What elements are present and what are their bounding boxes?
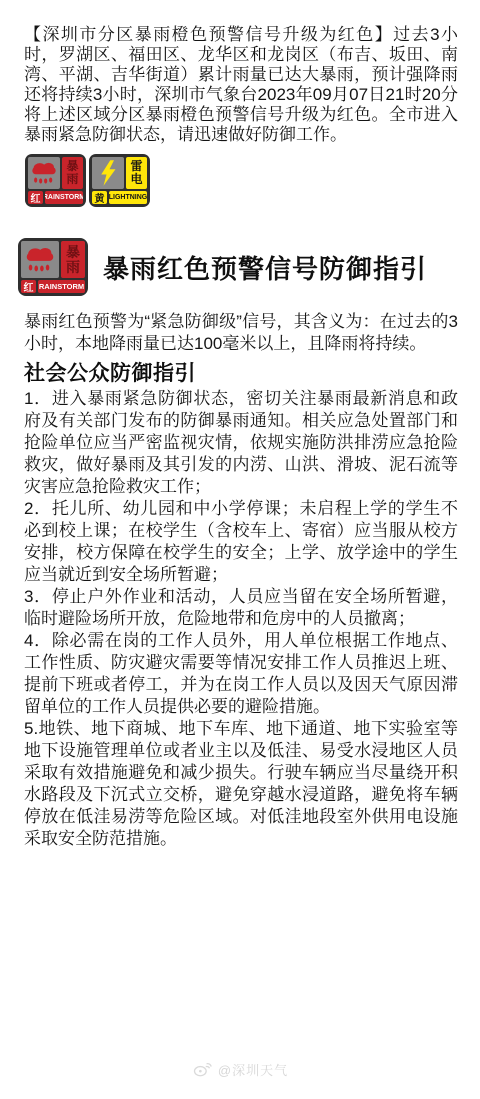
- rainstorm-badge-name-text: 暴雨: [66, 160, 79, 185]
- weather-alert-notice: 【深圳市分区暴雨橙色预警信号升级为红色】过去3小时，罗湖区、福田区、龙华区和龙岗…: [0, 0, 480, 1099]
- warning-badges-row: 暴雨 红 RAINSTORM 雷电 黄 LIGHT: [25, 154, 480, 207]
- guide-item-4: 4．除必需在岗的工作人员外，用人单位根据工作地点、工作性质、防灾避灾需要等情况安…: [24, 630, 458, 718]
- rainstorm-cloud-icon: [28, 157, 60, 189]
- lightning-badge-bottom: 黄 LIGHTNING: [92, 191, 147, 204]
- lightning-badge-top: 雷电: [92, 157, 147, 189]
- guide-title: 暴雨红色预警信号防御指引: [103, 249, 427, 286]
- guide-icon-bottom: 红 RAINSTORM: [21, 280, 85, 293]
- alert-summary-paragraph: 【深圳市分区暴雨橙色预警信号升级为红色】过去3小时，罗湖区、福田区、龙华区和龙岗…: [24, 25, 458, 145]
- guide-section-header: 暴雨 红 RAINSTORM 暴雨红色预警信号防御指引: [18, 238, 458, 296]
- rainstorm-badge-bottom: 红 RAINSTORM: [28, 191, 83, 204]
- weibo-watermark: @深圳天气: [0, 1060, 480, 1079]
- guide-icon-name: 暴雨: [61, 241, 85, 278]
- rainstorm-badge-level: 红: [28, 191, 43, 204]
- lightning-badge-level: 黄: [92, 191, 107, 204]
- guide-icon-top: 暴雨: [21, 241, 85, 278]
- lightning-badge-name-text: 雷电: [130, 160, 143, 185]
- guide-icon-name-text: 暴雨: [66, 245, 81, 274]
- lightning-badge-type-en: LIGHTNING: [109, 191, 147, 204]
- public-guidelines-subhead: 社会公众防御指引: [24, 360, 458, 388]
- rainstorm-badge-type-en: RAINSTORM: [45, 191, 83, 204]
- weibo-watermark-text: @深圳天气: [218, 1060, 288, 1079]
- guide-item-2: 2．托儿所、幼儿园和中小学停课；未启程上学的学生不必到校上课；在校学生（含校车上…: [24, 498, 458, 586]
- weibo-eye-icon: [192, 1061, 212, 1078]
- guide-rainstorm-cloud-icon: [21, 241, 59, 278]
- guide-item-5: 5.地铁、地下商城、地下车库、地下通道、地下实验室等地下设施管理单位或者业主以及…: [24, 718, 458, 850]
- lightning-yellow-warning-badge: 雷电 黄 LIGHTNING: [89, 154, 150, 207]
- guide-item-1: 1．进入暴雨紧急防御状态，密切关注暴雨最新消息和政府及有关部门发布的防御暴雨通知…: [24, 388, 458, 498]
- rainstorm-badge-top: 暴雨: [28, 157, 83, 189]
- rainstorm-badge-name: 暴雨: [62, 157, 83, 189]
- lightning-bolt-icon: [92, 157, 124, 189]
- guide-intro-paragraph: 暴雨红色预警为“紧急防御级”信号，其含义为：在过去的3小时，本地降雨量已达100…: [24, 311, 458, 355]
- guide-icon-type-en: RAINSTORM: [38, 280, 85, 293]
- guide-icon-level: 红: [21, 280, 36, 293]
- guide-rainstorm-red-icon: 暴雨 红 RAINSTORM: [18, 238, 88, 296]
- rainstorm-red-warning-badge: 暴雨 红 RAINSTORM: [25, 154, 86, 207]
- lightning-badge-name: 雷电: [126, 157, 147, 189]
- guide-item-3: 3．停止户外作业和活动，人员应当留在安全场所暂避，临时避险场所开放，危险地带和危…: [24, 586, 458, 630]
